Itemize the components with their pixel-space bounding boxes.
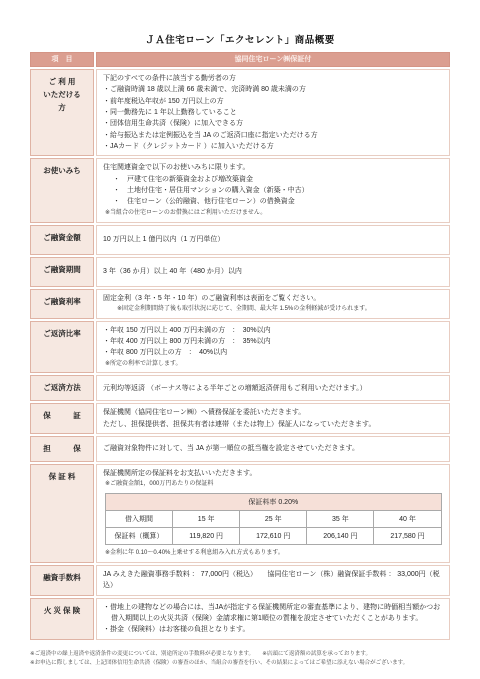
content-line: ・掛金（保険料）はお客様の負担となります。 — [103, 624, 443, 635]
row-label: ご返済比率 — [30, 321, 94, 374]
content-line: 固定金利（3 年・5 年・10 年）のご融資利率は表面をご覧ください。 — [103, 293, 443, 304]
row-content: 3 年（36 か月）以上 40 年（480 か月）以内 — [96, 257, 450, 287]
header-row: 項 目 協同住宅ローン㈱保証付 — [30, 52, 450, 67]
content-line: ご融資対象物件に対して、当 JA が第一順位の抵当権を設定させていただきます。 — [103, 443, 443, 454]
row-label: ご 利 用 いただける 方 — [30, 69, 94, 156]
content-line: JA みえきた融資事務手数料 ： 77,000円（税込） 協同住宅ローン（株）融… — [103, 569, 443, 592]
row-label: 保 証 — [30, 403, 94, 434]
row-label: ご融資金額 — [30, 225, 94, 255]
row-content: JA みえきた融資事務手数料 ： 77,000円（税込） 協同住宅ローン（株）融… — [96, 565, 450, 596]
guarantee-rate-table: 保証料率 0.20%借入期間15 年25 年35 年40 年保証料（概算）119… — [105, 493, 442, 545]
row-content: 保証機関（協同住宅ローン㈱）へ債務保証を委託いただきます。ただし、担保提供者、担… — [96, 403, 450, 434]
row-label: お使いみち — [30, 158, 94, 222]
content-line: ・借地上の建物などの場合には、当JAが指定する保証機関所定の審査基準により、建物… — [103, 602, 443, 625]
content-line: 住宅関連資金で以下のお使いみちに限ります。 — [103, 162, 443, 173]
table-row: ご返済比率・年収 150 万円以上 400 万円未満の方 ： 30%以内・年収 … — [30, 321, 450, 374]
row-content: 固定金利（3 年・5 年・10 年）のご融資利率は表面をご覧ください。※固定金利… — [96, 289, 450, 319]
term-header-cell: 25 年 — [240, 511, 307, 528]
content-line: ・団体信用生命共済（保険）に加入できる方 — [103, 118, 443, 129]
table-row: ご融資金額10 万円以上 1 億円以内（1 万円単位） — [30, 225, 450, 255]
row-label: ご返済方法 — [30, 375, 94, 401]
content-line: 10 万円以上 1 億円以内（1 万円単位） — [103, 234, 443, 245]
row-label: 火 災 保 険 — [30, 598, 94, 640]
fee-cell: 119,820 円 — [173, 528, 240, 545]
footnotes: ※ご返済中の繰上返済や返済条件の変更については、別途所定の手数料が必要となります… — [30, 650, 480, 669]
content-line: ※固定金利期間終了後も取引状況に応じて、全期間、最大年 1.5%の金利軽減が受け… — [103, 304, 443, 315]
content-line: 保証機関（協同住宅ローン㈱）へ債務保証を委託いただきます。 — [103, 407, 443, 418]
table-row: 保 証 料保証機関所定の保証料をお支払いいただきます。※ご融資金額1，000万円… — [30, 464, 450, 563]
row-content: ・年収 150 万円以上 400 万円未満の方 ： 30%以内・年収 400 万… — [96, 321, 450, 374]
content-line: ・JAカード（クレジットカード ）に加入いただける方 — [103, 141, 443, 152]
row-label: ご融資期間 — [30, 257, 94, 287]
product-table: 項 目 協同住宅ローン㈱保証付 ご 利 用 いただける 方下記のすべての条件に該… — [28, 50, 452, 642]
table-row: ご 利 用 いただける 方下記のすべての条件に該当する勤労者の方・ご融資時満 1… — [30, 69, 450, 156]
content-line: ・同一勤務先に 1 年以上勤務していること — [103, 107, 443, 118]
header-item-col: 項 目 — [30, 52, 94, 67]
fee-cell: 172,610 円 — [240, 528, 307, 545]
row-label: ご融資利率 — [30, 289, 94, 319]
term-header-cell: 15 年 — [173, 511, 240, 528]
content-line: ※所定の利率で計算します。 — [103, 359, 443, 370]
content-line: ※ご融資金額1，000万円あたりの保証料 — [103, 479, 443, 490]
content-line: 保証機関所定の保証料をお支払いいただきます。 — [103, 468, 443, 479]
content-line: ※当組合の住宅ローンのお借換にはご利用いただけません。 — [103, 208, 443, 219]
row-label: 保 証 料 — [30, 464, 94, 563]
fee-cell: 206,140 円 — [307, 528, 374, 545]
content-line: ・年収 150 万円以上 400 万円未満の方 ： 30%以内 — [103, 325, 443, 336]
content-line: ・ 土地付住宅・居住用マンションの購入資金（新築・中古） — [103, 185, 443, 196]
row-label: 担 保 — [30, 436, 94, 462]
page-title: ＪＡ住宅ローン「エクセレント」商品概要 — [0, 0, 480, 46]
content-line: ・ 住宅ローン（公的融資、他行住宅ローン）の借換資金 — [103, 196, 443, 207]
row-label: 融資手数料 — [30, 565, 94, 596]
header-product-col: 協同住宅ローン㈱保証付 — [96, 52, 450, 67]
row-content: 元利均等返済 （ボーナス等による半年ごとの増額返済併用もご利用いただけます。） — [96, 375, 450, 401]
content-line: 3 年（36 か月）以上 40 年（480 か月）以内 — [103, 266, 443, 277]
table-row: 融資手数料JA みえきた融資事務手数料 ： 77,000円（税込） 協同住宅ロー… — [30, 565, 450, 596]
content-line: ・年収 800 万円以上の方 ： 40%以内 — [103, 347, 443, 358]
row-content: 10 万円以上 1 億円以内（1 万円単位） — [96, 225, 450, 255]
fee-cell: 217,580 円 — [374, 528, 441, 545]
rate-header-cell: 保証料率 0.20% — [106, 494, 442, 511]
row-content: 住宅関連資金で以下のお使いみちに限ります。・ 戸建て住宅の新築資金および増改築資… — [96, 158, 450, 222]
row-content: ご融資対象物件に対して、当 JA が第一順位の抵当権を設定させていただきます。 — [96, 436, 450, 462]
table-row: 保 証保証機関（協同住宅ローン㈱）へ債務保証を委託いただきます。ただし、担保提供… — [30, 403, 450, 434]
content-line: ・ 戸建て住宅の新築資金および増改築資金 — [103, 174, 443, 185]
content-line: ※金利に年 0.10～0.40%上乗せする利息組み入れ方式もあります。 — [103, 548, 443, 559]
table-row: ご融資期間3 年（36 か月）以上 40 年（480 か月）以内 — [30, 257, 450, 287]
content-line: ・年収 400 万円以上 800 万円未満の方 ： 35%以内 — [103, 336, 443, 347]
footnote: ※ご返済中の繰上返済や返済条件の変更については、別途所定の手数料が必要となります… — [30, 650, 480, 659]
content-line: ・ご融資時満 18 歳以上満 66 歳未満で、完済時満 80 歳未満の方 — [103, 84, 443, 95]
row-content: 保証機関所定の保証料をお支払いいただきます。※ご融資金額1，000万円あたりの保… — [96, 464, 450, 563]
row-content: ・借地上の建物などの場合には、当JAが指定する保証機関所定の審査基準により、建物… — [96, 598, 450, 640]
table-row: お使いみち住宅関連資金で以下のお使いみちに限ります。・ 戸建て住宅の新築資金およ… — [30, 158, 450, 222]
content-line: ただし、担保提供者、担保共有者は連帯（または物上）保証人になっていただきます。 — [103, 419, 443, 430]
term-header-cell: 35 年 — [307, 511, 374, 528]
table-row: 担 保ご融資対象物件に対して、当 JA が第一順位の抵当権を設定させていただきま… — [30, 436, 450, 462]
table-row: 火 災 保 険・借地上の建物などの場合には、当JAが指定する保証機関所定の審査基… — [30, 598, 450, 640]
footnote: ※お申込に際しましては、上記団体信用生命共済（保険）の審査のほか、当組合の審査を… — [30, 659, 480, 668]
content-line: ・給与振込または定例振込を当 JA のご返済口座に指定いただける方 — [103, 130, 443, 141]
term-label-cell: 借入期間 — [106, 511, 173, 528]
product-table-body: ご 利 用 いただける 方下記のすべての条件に該当する勤労者の方・ご融資時満 1… — [30, 69, 450, 640]
content-line: 下記のすべての条件に該当する勤労者の方 — [103, 73, 443, 84]
content-line: 元利均等返済 （ボーナス等による半年ごとの増額返済併用もご利用いただけます。） — [103, 383, 443, 394]
row-content: 下記のすべての条件に該当する勤労者の方・ご融資時満 18 歳以上満 66 歳未満… — [96, 69, 450, 156]
table-row: ご融資利率固定金利（3 年・5 年・10 年）のご融資利率は表面をご覧ください。… — [30, 289, 450, 319]
document-page: ＪＡ住宅ローン「エクセレント」商品概要 項 目 協同住宅ローン㈱保証付 ご 利 … — [0, 0, 480, 679]
product-table-header: 項 目 協同住宅ローン㈱保証付 — [30, 52, 450, 67]
table-row: ご返済方法元利均等返済 （ボーナス等による半年ごとの増額返済併用もご利用いただけ… — [30, 375, 450, 401]
content-line: ・前年度税込年収が 150 万円以上の方 — [103, 96, 443, 107]
term-header-cell: 40 年 — [374, 511, 441, 528]
fee-row-label: 保証料（概算） — [106, 528, 173, 545]
